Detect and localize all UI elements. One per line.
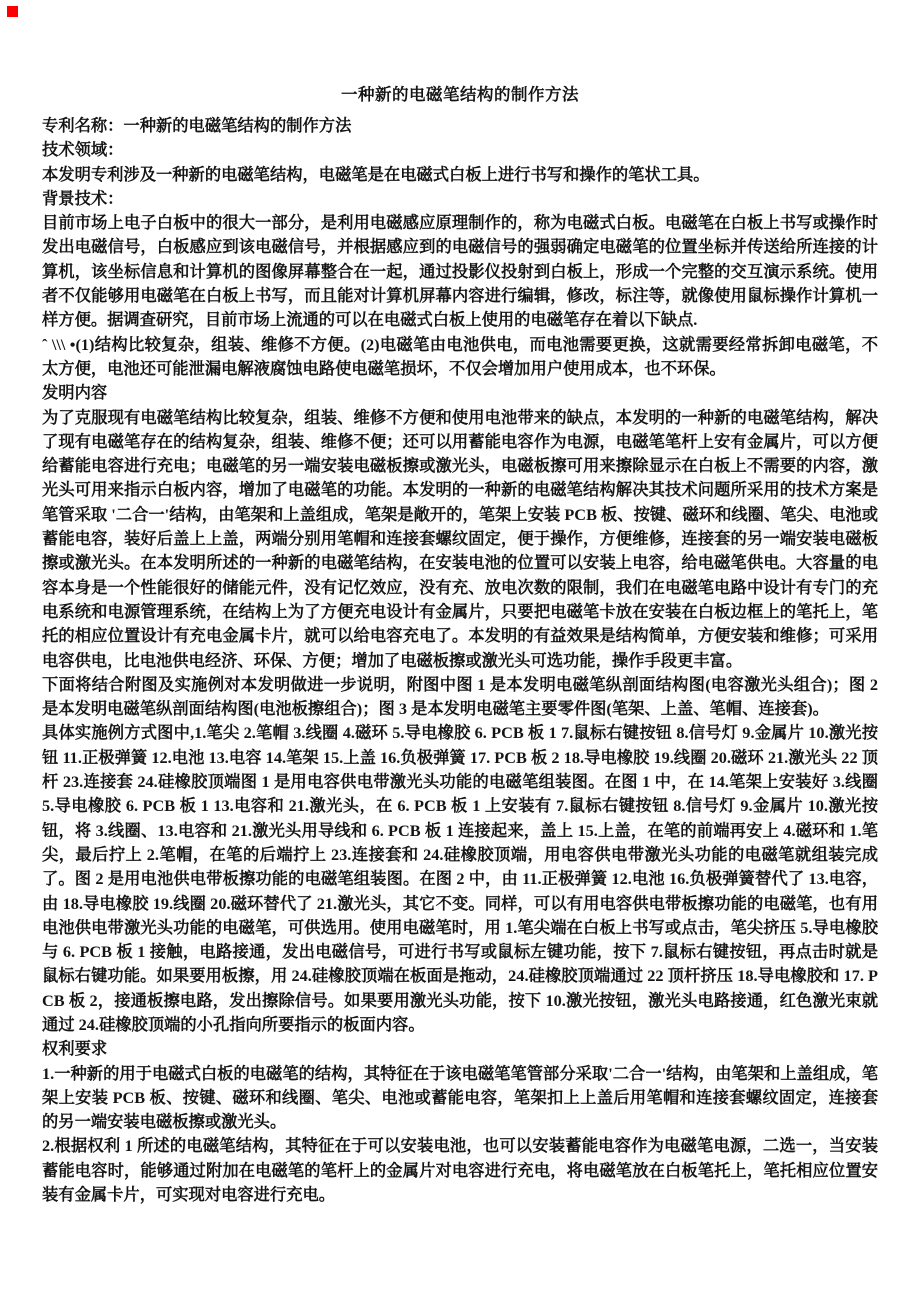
paragraph-claim-2: 2.根据权利 1 所述的电磁笔结构，其特征在于可以安装电池，也可以安装蓄能电容作… [42, 1134, 878, 1207]
paragraph-embodiments: 具体实施例方式图中,1.笔尖 2.笔帽 3.线圈 4.磁环 5.导电橡胶 6. … [42, 721, 878, 1037]
patent-name-line: 专利名称：一种新的电磁笔结构的制作方法 [42, 114, 878, 138]
document-title: 一种新的电磁笔结构的制作方法 [0, 0, 920, 106]
paragraph-invention-content: 为了克服现有电磁笔结构比较复杂，组装、维修不方便和使用电池带来的缺点，本发明的一… [42, 406, 878, 673]
paragraph-drawbacks: ˆ \\\ •(1)结构比较复杂，组装、维修不方便。(2)电磁笔由电池供电，而电… [42, 333, 878, 382]
section-heading-claims: 权利要求 [42, 1037, 878, 1061]
paragraph-claim-1: 1.一种新的用于电磁式白板的电磁笔的结构，其特征在于该电磁笔笔管部分采取'二合一… [42, 1062, 878, 1135]
section-heading-technical-field: 技术领域： [42, 138, 878, 162]
patent-document-page: 一种新的电磁笔结构的制作方法 专利名称：一种新的电磁笔结构的制作方法 技术领域：… [0, 0, 920, 1302]
section-heading-invention: 发明内容 [42, 381, 878, 405]
paragraph-figures: 下面将结合附图及实施例对本发明做进一步说明，附图中图 1 是本发明电磁笔纵剖面结… [42, 673, 878, 722]
document-body: 专利名称：一种新的电磁笔结构的制作方法 技术领域： 本发明专利涉及一种新的电磁笔… [42, 114, 878, 1207]
paragraph-technical-field: 本发明专利涉及一种新的电磁笔结构，电磁笔是在电磁式白板上进行书写和操作的笔状工具… [42, 163, 878, 187]
red-marker-square [7, 6, 18, 17]
paragraph-background: 目前市场上电子白板中的很大一部分，是利用电磁感应原理制作的，称为电磁式白板。电磁… [42, 211, 878, 332]
section-heading-background: 背景技术： [42, 187, 878, 211]
